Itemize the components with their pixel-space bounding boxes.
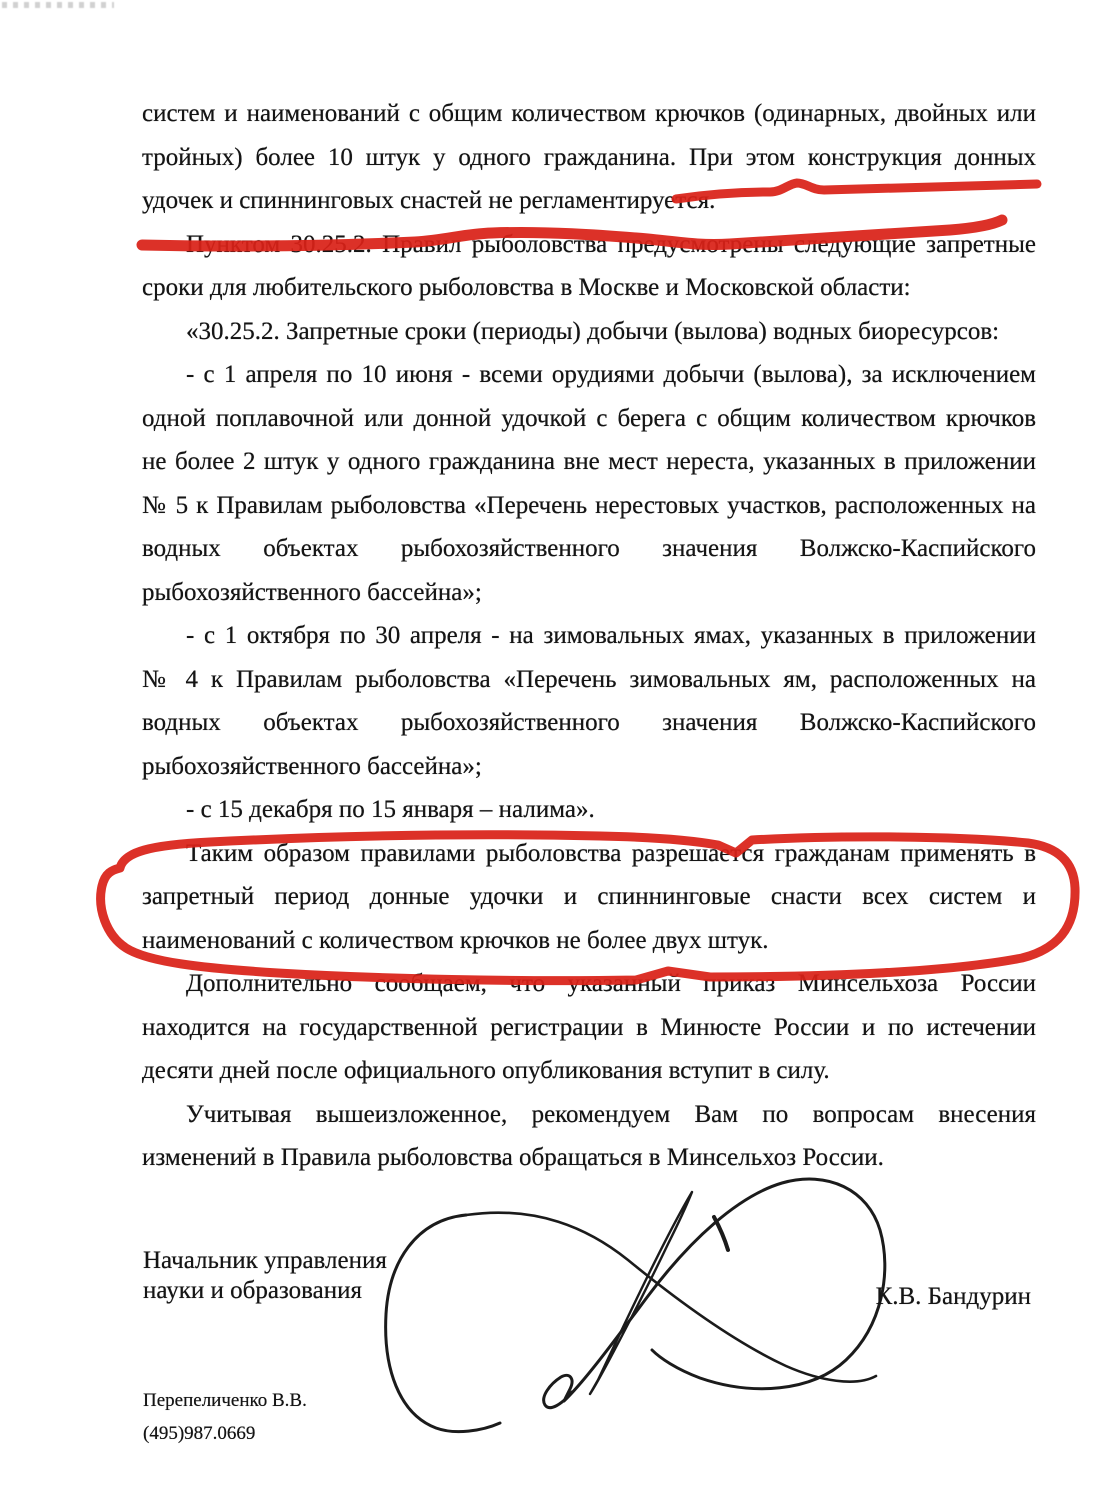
document-line: рыбохозяйственного бассейна»;: [142, 745, 1036, 789]
document-body: систем и наименований с общим количество…: [142, 92, 1036, 1180]
contact-name: Перепеличенко В.В.: [143, 1384, 307, 1417]
document-line: № 5 к Правилам рыболовства «Перечень нер…: [142, 484, 1036, 528]
document-line: не более 2 штук у одного гражданина вне …: [142, 440, 1036, 484]
signoff-title-line2: науки и образования: [143, 1276, 387, 1306]
document-line: водных объектах рыбохозяйственного значе…: [142, 701, 1036, 745]
document-line: удочек и спиннинговых снастей не регламе…: [142, 179, 1036, 223]
contact-phone: (495)987.0669: [143, 1417, 307, 1450]
document-line: «30.25.2. Запретные сроки (периоды) добы…: [142, 310, 1036, 354]
document-line: водных объектах рыбохозяйственного значе…: [142, 527, 1036, 571]
document-line: систем и наименований с общим количество…: [142, 92, 1036, 136]
document-line: одной поплавочной или донной удочкой с б…: [142, 397, 1036, 441]
document-line: запретный период донные удочки и спиннин…: [142, 875, 1036, 919]
document-line: сроки для любительского рыболовства в Мо…: [142, 266, 1036, 310]
document-line: десяти дней после официального опубликов…: [142, 1049, 1036, 1093]
document-page: систем и наименований с общим количество…: [0, 0, 1111, 1500]
document-line: Таким образом правилами рыболовства разр…: [142, 832, 1036, 876]
contact-block: Перепеличенко В.В. (495)987.0669: [143, 1384, 307, 1450]
document-line: - с 15 декабря по 15 января – налима».: [142, 788, 1036, 832]
signoff-name: К.В. Бандурин: [876, 1283, 1031, 1311]
signature-kv-bandurin: [386, 1179, 885, 1432]
document-line: - с 1 апреля по 10 июня - всеми орудиями…: [142, 353, 1036, 397]
signoff-title-line1: Начальник управления: [143, 1246, 387, 1276]
document-line: наименований с количеством крючков не бо…: [142, 919, 1036, 963]
document-line: тройных) более 10 штук у одного граждани…: [142, 136, 1036, 180]
document-line: изменений в Правила рыболовства обращать…: [142, 1136, 1036, 1180]
document-line: № 4 к Правилам рыболовства «Перечень зим…: [142, 658, 1036, 702]
document-line: Пунктом 30.25.2. Правил рыболовства пред…: [142, 223, 1036, 267]
document-line: Дополнительно сообщаем, что указанный пр…: [142, 962, 1036, 1006]
signoff-title: Начальник управления науки и образования: [143, 1246, 387, 1306]
document-line: Учитывая вышеизложенное, рекомендуем Вам…: [142, 1093, 1036, 1137]
document-line: рыбохозяйственного бассейна»;: [142, 571, 1036, 615]
document-line: - с 1 октября по 30 апреля - на зимоваль…: [142, 614, 1036, 658]
scan-artifact-topleft: [2, 2, 114, 8]
document-line: находится на государственной регистрации…: [142, 1006, 1036, 1050]
